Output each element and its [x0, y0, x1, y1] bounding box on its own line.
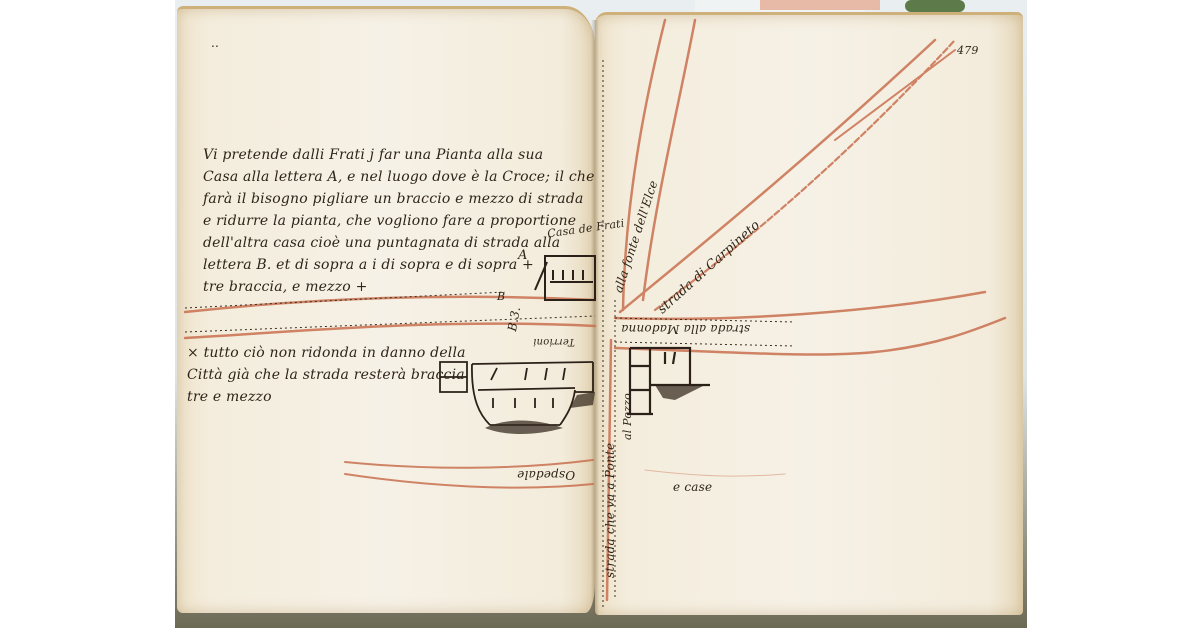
- label-vertical-left: strada che va a Ponte: [603, 443, 617, 578]
- ospedale-label: Ospedale: [517, 468, 575, 482]
- text-line: Vi pretende dalli Frati j far una Pianta…: [203, 144, 595, 166]
- text-line: Casa alla lettera A, e nel luogo dove è …: [203, 166, 595, 188]
- text-line: e ridurre la pianta, che vogliono fare a…: [203, 210, 595, 232]
- text-line: lettera B. et di sopra a i di sopra e di…: [203, 254, 595, 276]
- hand-drawn-map: [175, 0, 1027, 628]
- text-line: tre e mezzo: [187, 386, 466, 408]
- hatched-shadows: [485, 385, 705, 434]
- text-line: tre braccia, e mezzo +: [203, 276, 595, 298]
- text-line: × tutto ciò non ridonda in danno della: [187, 342, 466, 364]
- left-folio-mark: ..: [211, 36, 219, 50]
- folio-number: 479: [957, 44, 979, 57]
- label-case: e case: [673, 480, 712, 494]
- text-line: Città già che la strada resterà braccia: [187, 364, 466, 386]
- label-strada-madonna: strada alla Madonna: [621, 322, 750, 336]
- left-text-block-2: × tutto ciò non ridonda in danno della C…: [187, 342, 466, 408]
- left-text-block-1: Vi pretende dalli Frati j far una Pianta…: [203, 144, 595, 298]
- letter-a-label: A: [518, 248, 528, 263]
- street-name-upper: Terrioni: [533, 336, 575, 347]
- label-vertical-right: al Pozzo: [621, 393, 634, 440]
- building-right-page: [627, 348, 710, 415]
- red-chalk-roads: [185, 20, 1005, 600]
- letter-b-label: B: [497, 290, 505, 303]
- text-line: dell'altra casa cioè una puntagnata di s…: [203, 232, 595, 254]
- text-line: farà il bisogno pigliare un braccio e me…: [203, 188, 595, 210]
- manuscript-photo: .. 479 Vi pretende dalli Frati j far una…: [175, 0, 1027, 628]
